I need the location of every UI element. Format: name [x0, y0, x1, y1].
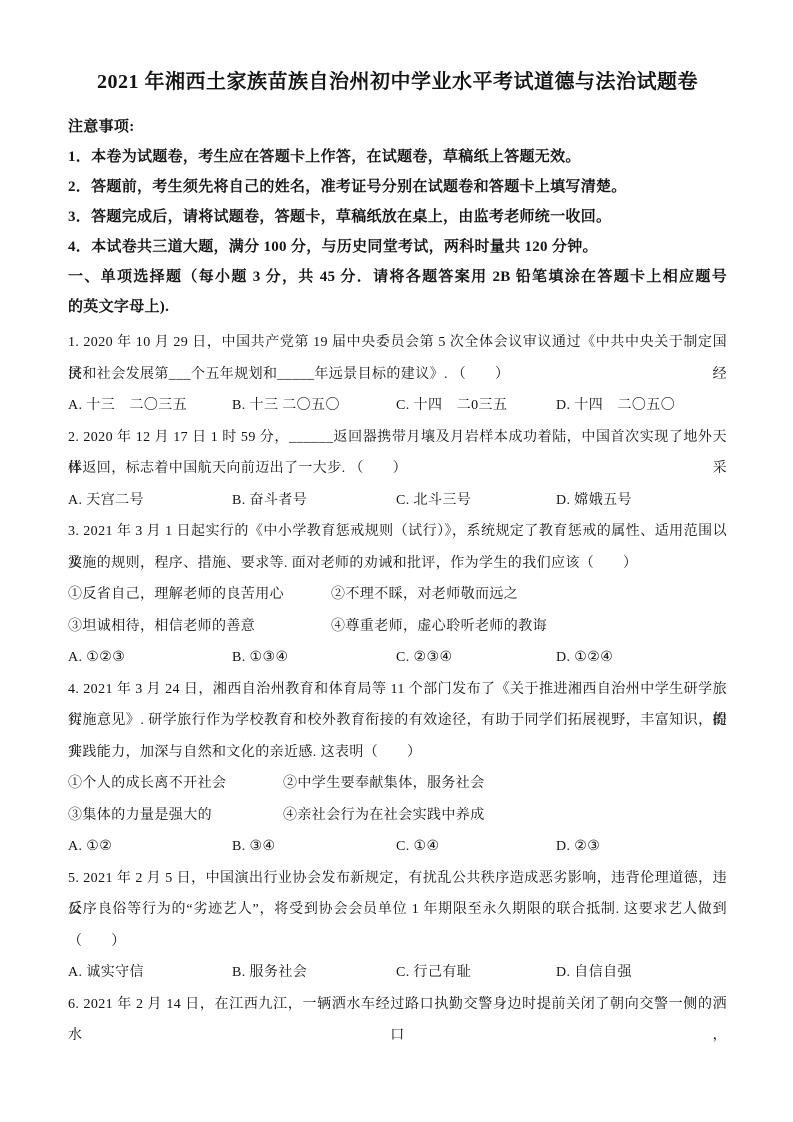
question-3-stem-line-1: 3. 2021 年 3 月 1 日起实行的《中小学教育惩戒规则（试行）》，系统规…	[68, 516, 727, 548]
question-4-statement-2: ②中学生要奉献集体，服务社会	[283, 768, 485, 800]
question-4-choices: A. ①② B. ③④ C. ①④ D. ②③	[68, 831, 727, 863]
question-5: 5. 2021 年 2 月 5 日，中国演出行业协会发布新规定，有扰乱公共秩序造…	[68, 863, 727, 989]
question-2-choice-b: B. 奋斗者号	[232, 485, 396, 517]
question-4-choice-d: D. ②③	[556, 831, 600, 863]
question-1-stem-line-1: 1. 2020 年 10 月 29 日，中国共产党第 19 届中央委员会第 5 …	[68, 327, 727, 359]
question-5-stem-line-1: 5. 2021 年 2 月 5 日，中国演出行业协会发布新规定，有扰乱公共秩序造…	[68, 863, 727, 895]
question-5-choices: A. 诚实守信 B. 服务社会 C. 行己有耻 D. 自信自强	[68, 957, 727, 989]
question-4-stem-line-1: 4. 2021 年 3 月 24 日，湘西自治州教育和体育局等 11 个部门发布…	[68, 674, 727, 706]
question-2-choice-a: A. 天宫二号	[68, 485, 232, 517]
question-4-statements-1-2: ①个人的成长离不开社会 ②中学生要奉献集体，服务社会	[68, 768, 727, 800]
notice-item-4: 4．本试卷共三道大题，满分 100 分，与历史同堂考试，两科时量共 120 分钟…	[68, 232, 727, 262]
question-3-stem-line-2: 实施的规则，程序、措施、要求等. 面对老师的劝诫和批评，作为学生的我们应该（ ）	[68, 548, 727, 580]
question-5-choice-c: C. 行己有耻	[396, 957, 556, 989]
question-3-choice-a: A. ①②③	[68, 642, 232, 674]
question-5-choice-d: D. 自信自强	[556, 957, 632, 989]
question-1-choices: A. 十三 二〇三五 B. 十三 二〇五〇 C. 十四 二0三五 D. 十四 二…	[68, 390, 727, 422]
question-3-choice-c: C. ②③④	[396, 642, 556, 674]
question-4-statements-3-4: ③集体的力量是强大的 ④亲社会行为在社会实践中养成	[68, 800, 727, 832]
question-3-statements-3-4: ③坦诚相待，相信老师的善意 ④尊重老师，虚心聆听老师的教诲	[68, 611, 727, 643]
question-2-choice-c: C. 北斗三号	[396, 485, 556, 517]
question-4-choice-c: C. ①④	[396, 831, 556, 863]
question-1-choice-d: D. 十四 二〇五〇	[556, 390, 675, 422]
question-3-statements-1-2: ①反省自己，理解老师的良苦用心 ②不理不睬，对老师敬而远之	[68, 579, 727, 611]
question-4-statement-1: ①个人的成长离不开社会	[68, 768, 283, 800]
question-3-statement-1: ①反省自己，理解老师的良苦用心	[68, 579, 331, 611]
question-6-stem-line-1: 6. 2021 年 2 月 14 日，在江西九江，一辆洒水车经过路口执勤交警身边…	[68, 989, 727, 1021]
question-4-stem-line-2: 实施意见》. 研学旅行作为学校教育和校外教育衔接的有效途径，有助于同学们拓展视野…	[68, 705, 727, 737]
question-3-choice-b: B. ①③④	[232, 642, 396, 674]
section-heading-line-2: 的英文字母上).	[68, 292, 727, 322]
question-4: 4. 2021 年 3 月 24 日，湘西自治州教育和体育局等 11 个部门发布…	[68, 674, 727, 863]
question-2-choices: A. 天宫二号 B. 奋斗者号 C. 北斗三号 D. 嫦娥五号	[68, 485, 727, 517]
question-3-choices: A. ①②③ B. ①③④ C. ②③④ D. ①②④	[68, 642, 727, 674]
question-3-statement-2: ②不理不睬，对老师敬而远之	[331, 579, 518, 611]
question-4-stem-line-3: 实践能力，加深与自然和文化的亲近感. 这表明（ ）	[68, 737, 727, 769]
question-3-statement-3: ③坦诚相待，相信老师的善意	[68, 611, 331, 643]
question-5-choice-a: A. 诚实守信	[68, 957, 232, 989]
question-1-choice-b: B. 十三 二〇五〇	[232, 390, 396, 422]
question-4-statement-4: ④亲社会行为在社会实践中养成	[283, 800, 485, 832]
exam-paper-page: 2021 年湘西土家族苗族自治州初中学业水平考试道德与法治试题卷 注意事项: 1…	[0, 0, 793, 1122]
notice-section: 注意事项: 1．本卷为试题卷，考生应在答题卡上作答，在试题卷，草稿纸上答题无效。…	[68, 112, 727, 322]
question-5-stem-line-3: （ ）	[68, 926, 727, 958]
notice-item-3: 3．答题完成后，请将试题卷，答题卡，草稿纸放在桌上，由监考老师统一收回。	[68, 202, 727, 232]
question-2-stem-line-1: 2. 2020 年 12 月 17 日 1 时 59 分，______返回器携带…	[68, 422, 727, 454]
question-4-choice-a: A. ①②	[68, 831, 232, 863]
notice-item-1: 1．本卷为试题卷，考生应在答题卡上作答，在试题卷，草稿纸上答题无效。	[68, 142, 727, 172]
question-1: 1. 2020 年 10 月 29 日，中国共产党第 19 届中央委员会第 5 …	[68, 327, 727, 422]
question-2-choice-d: D. 嫦娥五号	[556, 485, 632, 517]
page-title: 2021 年湘西土家族苗族自治州初中学业水平考试道德与法治试题卷	[68, 70, 727, 94]
question-5-choice-b: B. 服务社会	[232, 957, 396, 989]
section-heading-line-1: 一、单项选择题（每小题 3 分，共 45 分．请将各题答案用 2B 铅笔填涂在答…	[68, 262, 727, 292]
question-2: 2. 2020 年 12 月 17 日 1 时 59 分，______返回器携带…	[68, 422, 727, 517]
question-3: 3. 2021 年 3 月 1 日起实行的《中小学教育惩戒规则（试行）》，系统规…	[68, 516, 727, 674]
question-3-choice-d: D. ①②④	[556, 642, 613, 674]
question-3-statement-4: ④尊重老师，虚心聆听老师的教诲	[331, 611, 547, 643]
question-4-choice-b: B. ③④	[232, 831, 396, 863]
question-4-statement-3: ③集体的力量是强大的	[68, 800, 283, 832]
questions-list: 1. 2020 年 10 月 29 日，中国共产党第 19 届中央委员会第 5 …	[68, 327, 727, 1020]
question-1-choice-c: C. 十四 二0三五	[396, 390, 556, 422]
question-5-stem-line-2: 公序良俗等行为的“劣迹艺人”，将受到协会会员单位 1 年期限至永久期限的联合抵制…	[68, 894, 727, 926]
notice-heading: 注意事项:	[68, 112, 727, 142]
question-6: 6. 2021 年 2 月 14 日，在江西九江，一辆洒水车经过路口执勤交警身边…	[68, 989, 727, 1021]
notice-item-2: 2．答题前，考生须先将自己的姓名，准考证号分别在试题卷和答题卡上填写清楚。	[68, 172, 727, 202]
question-1-choice-a: A. 十三 二〇三五	[68, 390, 232, 422]
